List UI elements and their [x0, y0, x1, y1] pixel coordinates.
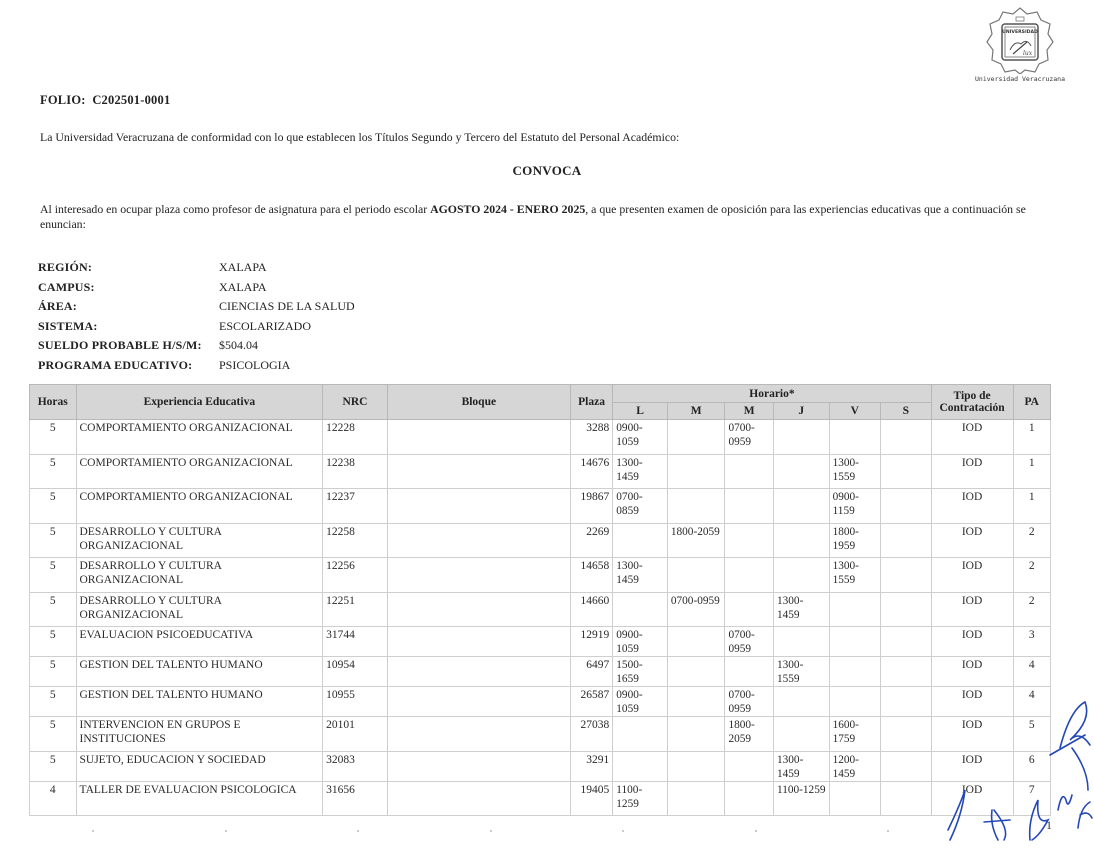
table-row: 5DESARROLLO Y CULTURA ORGANIZACIONAL1225… — [30, 523, 1051, 558]
cell-nrc: 10955 — [323, 687, 388, 717]
cell-horas: 5 — [30, 489, 77, 524]
svg-text:UNIVERSIDAD: UNIVERSIDAD — [1002, 29, 1038, 35]
folio-label: FOLIO: — [40, 93, 86, 107]
cell-lunes: 0900-1059 — [613, 420, 668, 455]
cell-nrc: 12256 — [323, 558, 388, 593]
cell-martes — [667, 687, 725, 717]
cell-plaza: 26587 — [570, 687, 612, 717]
col-pa: PA — [1013, 385, 1050, 420]
cell-sabado — [881, 523, 932, 558]
table-row: 5EVALUACION PSICOEDUCATIVA31744129190900… — [30, 627, 1051, 657]
cell-nrc: 12228 — [323, 420, 388, 455]
meta-row: ÁREA:CIENCIAS DE LA SALUD — [38, 297, 355, 317]
cell-jueves: 1300-1459 — [773, 592, 829, 627]
cell-miercoles — [725, 489, 774, 524]
cell-experiencia: GESTION DEL TALENTO HUMANO — [76, 687, 323, 717]
cell-jueves: 1100-1259 — [773, 781, 829, 816]
cell-horas: 5 — [30, 687, 77, 717]
cell-pa: 1 — [1013, 420, 1050, 455]
col-horario: Horario* — [613, 385, 931, 403]
cell-jueves — [773, 627, 829, 657]
cell-pa: 1 — [1013, 454, 1050, 489]
cell-lunes — [613, 717, 668, 752]
col-nrc: NRC — [323, 385, 388, 420]
table-row: 5COMPORTAMIENTO ORGANIZACIONAL1223719867… — [30, 489, 1051, 524]
cell-viernes — [829, 781, 881, 816]
cell-tipo: IOD — [931, 523, 1013, 558]
intro-paragraph: La Universidad Veracruzana de conformida… — [40, 130, 679, 145]
cell-nrc: 20101 — [323, 717, 388, 752]
cell-viernes — [829, 592, 881, 627]
cell-pa: 4 — [1013, 657, 1050, 687]
cell-bloque — [387, 687, 570, 717]
cell-bloque — [387, 420, 570, 455]
cell-experiencia: COMPORTAMIENTO ORGANIZACIONAL — [76, 489, 323, 524]
cell-tipo: IOD — [931, 558, 1013, 593]
cell-sabado — [881, 454, 932, 489]
cell-viernes: 1600-1759 — [829, 717, 881, 752]
cell-martes — [667, 751, 725, 781]
cell-experiencia: COMPORTAMIENTO ORGANIZACIONAL — [76, 454, 323, 489]
meta-label: PROGRAMA EDUCATIVO: — [38, 358, 219, 373]
cell-experiencia: COMPORTAMIENTO ORGANIZACIONAL — [76, 420, 323, 455]
cell-nrc: 12237 — [323, 489, 388, 524]
cell-bloque — [387, 558, 570, 593]
col-day-m: M — [667, 403, 725, 420]
cell-jueves — [773, 523, 829, 558]
cell-miercoles: 1800-2059 — [725, 717, 774, 752]
cell-nrc: 12251 — [323, 592, 388, 627]
table-row: 5COMPORTAMIENTO ORGANIZACIONAL1222832880… — [30, 420, 1051, 455]
cell-experiencia: SUJETO, EDUCACION Y SOCIEDAD — [76, 751, 323, 781]
cell-martes — [667, 657, 725, 687]
cell-experiencia: GESTION DEL TALENTO HUMANO — [76, 657, 323, 687]
cell-sabado — [881, 489, 932, 524]
cell-lunes — [613, 592, 668, 627]
folio: FOLIO: C202501-0001 — [40, 93, 170, 108]
cell-plaza: 3288 — [570, 420, 612, 455]
cell-tipo: IOD — [931, 489, 1013, 524]
table-row: 5GESTION DEL TALENTO HUMANO1095526587090… — [30, 687, 1051, 717]
cell-martes — [667, 489, 725, 524]
cell-miercoles — [725, 454, 774, 489]
cell-miercoles: 0700-0959 — [725, 687, 774, 717]
courses-table: Horas Experiencia Educativa NRC Bloque P… — [29, 384, 1051, 816]
cell-martes — [667, 627, 725, 657]
convocation-details: REGIÓN:XALAPACAMPUS:XALAPAÁREA:CIENCIAS … — [38, 258, 355, 375]
cell-sabado — [881, 657, 932, 687]
meta-value: $504.04 — [219, 338, 258, 353]
cell-plaza: 19867 — [570, 489, 612, 524]
cell-bloque — [387, 454, 570, 489]
cell-tipo: IOD — [931, 454, 1013, 489]
cell-miercoles — [725, 781, 774, 816]
col-day-m2: M — [725, 403, 774, 420]
cell-viernes: 1300-1559 — [829, 558, 881, 593]
page-number: 1 — [1046, 818, 1052, 833]
col-horas: Horas — [30, 385, 77, 420]
cell-martes — [667, 454, 725, 489]
col-day-s: S — [881, 403, 932, 420]
cell-jueves: 1300-1559 — [773, 657, 829, 687]
cell-miercoles — [725, 751, 774, 781]
table-row: 5DESARROLLO Y CULTURA ORGANIZACIONAL1225… — [30, 592, 1051, 627]
table-row: 5SUJETO, EDUCACION Y SOCIEDAD32083329113… — [30, 751, 1051, 781]
cell-nrc: 12258 — [323, 523, 388, 558]
cell-sabado — [881, 420, 932, 455]
cell-miercoles — [725, 523, 774, 558]
cell-viernes — [829, 420, 881, 455]
cell-tipo: IOD — [931, 657, 1013, 687]
cell-lunes: 0900-1059 — [613, 627, 668, 657]
cell-tipo: IOD — [931, 627, 1013, 657]
cell-nrc: 31656 — [323, 781, 388, 816]
cell-sabado — [881, 627, 932, 657]
cell-experiencia: TALLER DE EVALUACION PSICOLOGICA — [76, 781, 323, 816]
cell-nrc: 32083 — [323, 751, 388, 781]
cell-plaza: 27038 — [570, 717, 612, 752]
cell-miercoles — [725, 657, 774, 687]
cell-horas: 5 — [30, 420, 77, 455]
cell-tipo: IOD — [931, 592, 1013, 627]
cell-plaza: 14676 — [570, 454, 612, 489]
meta-label: ÁREA: — [38, 299, 219, 314]
meta-value: XALAPA — [219, 260, 267, 275]
announcement-paragraph: Al interesado en ocupar plaza como profe… — [40, 202, 1070, 232]
meta-row: PROGRAMA EDUCATIVO:PSICOLOGIA — [38, 356, 355, 376]
cell-tipo: IOD — [931, 420, 1013, 455]
cell-miercoles — [725, 592, 774, 627]
col-day-l: L — [613, 403, 668, 420]
col-day-v: V — [829, 403, 881, 420]
meta-value: ESCOLARIZADO — [219, 319, 311, 334]
svg-text:lux: lux — [1023, 50, 1033, 57]
cell-sabado — [881, 592, 932, 627]
cell-martes: 0700-0959 — [667, 592, 725, 627]
cell-pa: 2 — [1013, 592, 1050, 627]
cell-plaza: 14660 — [570, 592, 612, 627]
cell-miercoles: 0700-0959 — [725, 420, 774, 455]
cell-lunes: 1300-1459 — [613, 558, 668, 593]
cell-experiencia: DESARROLLO Y CULTURA ORGANIZACIONAL — [76, 523, 323, 558]
cell-viernes: 1200-1459 — [829, 751, 881, 781]
cell-lunes: 1300-1459 — [613, 454, 668, 489]
meta-value: PSICOLOGIA — [219, 358, 290, 373]
cell-pa: 3 — [1013, 627, 1050, 657]
meta-value: CIENCIAS DE LA SALUD — [219, 299, 355, 314]
cell-viernes — [829, 627, 881, 657]
table-row: 4TALLER DE EVALUACION PSICOLOGICA3165619… — [30, 781, 1051, 816]
cell-viernes: 0900-1159 — [829, 489, 881, 524]
cell-jueves — [773, 687, 829, 717]
document-title: CONVOCA — [0, 163, 1094, 179]
cell-martes — [667, 558, 725, 593]
cell-horas: 5 — [30, 523, 77, 558]
cell-pa: 1 — [1013, 489, 1050, 524]
cell-bloque — [387, 751, 570, 781]
cell-horas: 5 — [30, 454, 77, 489]
cell-plaza: 12919 — [570, 627, 612, 657]
table-row: 5GESTION DEL TALENTO HUMANO1095464971500… — [30, 657, 1051, 687]
cell-nrc: 12238 — [323, 454, 388, 489]
cell-lunes: 0900-1059 — [613, 687, 668, 717]
meta-label: CAMPUS: — [38, 280, 219, 295]
cell-viernes: 1800-1959 — [829, 523, 881, 558]
meta-row: SISTEMA:ESCOLARIZADO — [38, 317, 355, 337]
cell-plaza: 19405 — [570, 781, 612, 816]
cell-lunes: 0700-0859 — [613, 489, 668, 524]
cell-martes — [667, 420, 725, 455]
cell-experiencia: DESARROLLO Y CULTURA ORGANIZACIONAL — [76, 558, 323, 593]
cell-plaza: 2269 — [570, 523, 612, 558]
table-row: 5DESARROLLO Y CULTURA ORGANIZACIONAL1225… — [30, 558, 1051, 593]
cell-martes: 1800-2059 — [667, 523, 725, 558]
col-day-j: J — [773, 403, 829, 420]
cell-horas: 5 — [30, 717, 77, 752]
cell-jueves — [773, 420, 829, 455]
cell-bloque — [387, 489, 570, 524]
university-logo: UNIVERSIDAD lux Universidad Veracruzana — [975, 6, 1065, 88]
cell-plaza: 14658 — [570, 558, 612, 593]
cell-lunes: 1100-1259 — [613, 781, 668, 816]
meta-label: SISTEMA: — [38, 319, 219, 334]
cell-bloque — [387, 657, 570, 687]
cell-jueves: 1300-1459 — [773, 751, 829, 781]
cell-jueves — [773, 454, 829, 489]
cell-viernes: 1300-1559 — [829, 454, 881, 489]
cell-horas: 5 — [30, 627, 77, 657]
logo-caption: Universidad Veracruzana — [975, 75, 1065, 83]
meta-row: REGIÓN:XALAPA — [38, 258, 355, 278]
cell-bloque — [387, 592, 570, 627]
cell-nrc: 31744 — [323, 627, 388, 657]
cell-viernes — [829, 657, 881, 687]
cell-experiencia: INTERVENCION EN GRUPOS E INSTITUCIONES — [76, 717, 323, 752]
cell-bloque — [387, 627, 570, 657]
cell-bloque — [387, 717, 570, 752]
cell-miercoles: 0700-0959 — [725, 627, 774, 657]
cell-martes — [667, 717, 725, 752]
meta-value: XALAPA — [219, 280, 267, 295]
col-experiencia: Experiencia Educativa — [76, 385, 323, 420]
cell-pa: 2 — [1013, 523, 1050, 558]
university-seal-icon: UNIVERSIDAD lux — [985, 6, 1055, 74]
col-plaza: Plaza — [570, 385, 612, 420]
cell-horas: 4 — [30, 781, 77, 816]
cell-pa: 2 — [1013, 558, 1050, 593]
cell-jueves — [773, 558, 829, 593]
cell-plaza: 3291 — [570, 751, 612, 781]
cell-lunes — [613, 523, 668, 558]
cell-sabado — [881, 558, 932, 593]
cell-martes — [667, 781, 725, 816]
cell-bloque — [387, 781, 570, 816]
handwritten-signatures — [920, 690, 1094, 848]
cell-bloque — [387, 523, 570, 558]
col-bloque: Bloque — [387, 385, 570, 420]
cell-jueves — [773, 717, 829, 752]
cell-experiencia: EVALUACION PSICOEDUCATIVA — [76, 627, 323, 657]
announce-pre: Al interesado en ocupar plaza como profe… — [40, 202, 430, 216]
cell-miercoles — [725, 558, 774, 593]
cell-lunes: 1500-1659 — [613, 657, 668, 687]
meta-label: REGIÓN: — [38, 260, 219, 275]
cell-experiencia: DESARROLLO Y CULTURA ORGANIZACIONAL — [76, 592, 323, 627]
cell-horas: 5 — [30, 592, 77, 627]
table-row: 5INTERVENCION EN GRUPOS E INSTITUCIONES2… — [30, 717, 1051, 752]
col-tipo: Tipo de Contratación — [931, 385, 1013, 420]
cell-horas: 5 — [30, 558, 77, 593]
announce-period: AGOSTO 2024 - ENERO 2025 — [430, 202, 585, 216]
meta-row: CAMPUS:XALAPA — [38, 278, 355, 298]
meta-label: SUELDO PROBABLE H/S/M: — [38, 338, 219, 353]
cell-horas: 5 — [30, 657, 77, 687]
table-row: 5COMPORTAMIENTO ORGANIZACIONAL1223814676… — [30, 454, 1051, 489]
cell-horas: 5 — [30, 751, 77, 781]
cell-plaza: 6497 — [570, 657, 612, 687]
cell-nrc: 10954 — [323, 657, 388, 687]
cell-lunes — [613, 751, 668, 781]
meta-row: SUELDO PROBABLE H/S/M:$504.04 — [38, 336, 355, 356]
cell-jueves — [773, 489, 829, 524]
folio-value: C202501-0001 — [92, 93, 170, 107]
cell-viernes — [829, 687, 881, 717]
